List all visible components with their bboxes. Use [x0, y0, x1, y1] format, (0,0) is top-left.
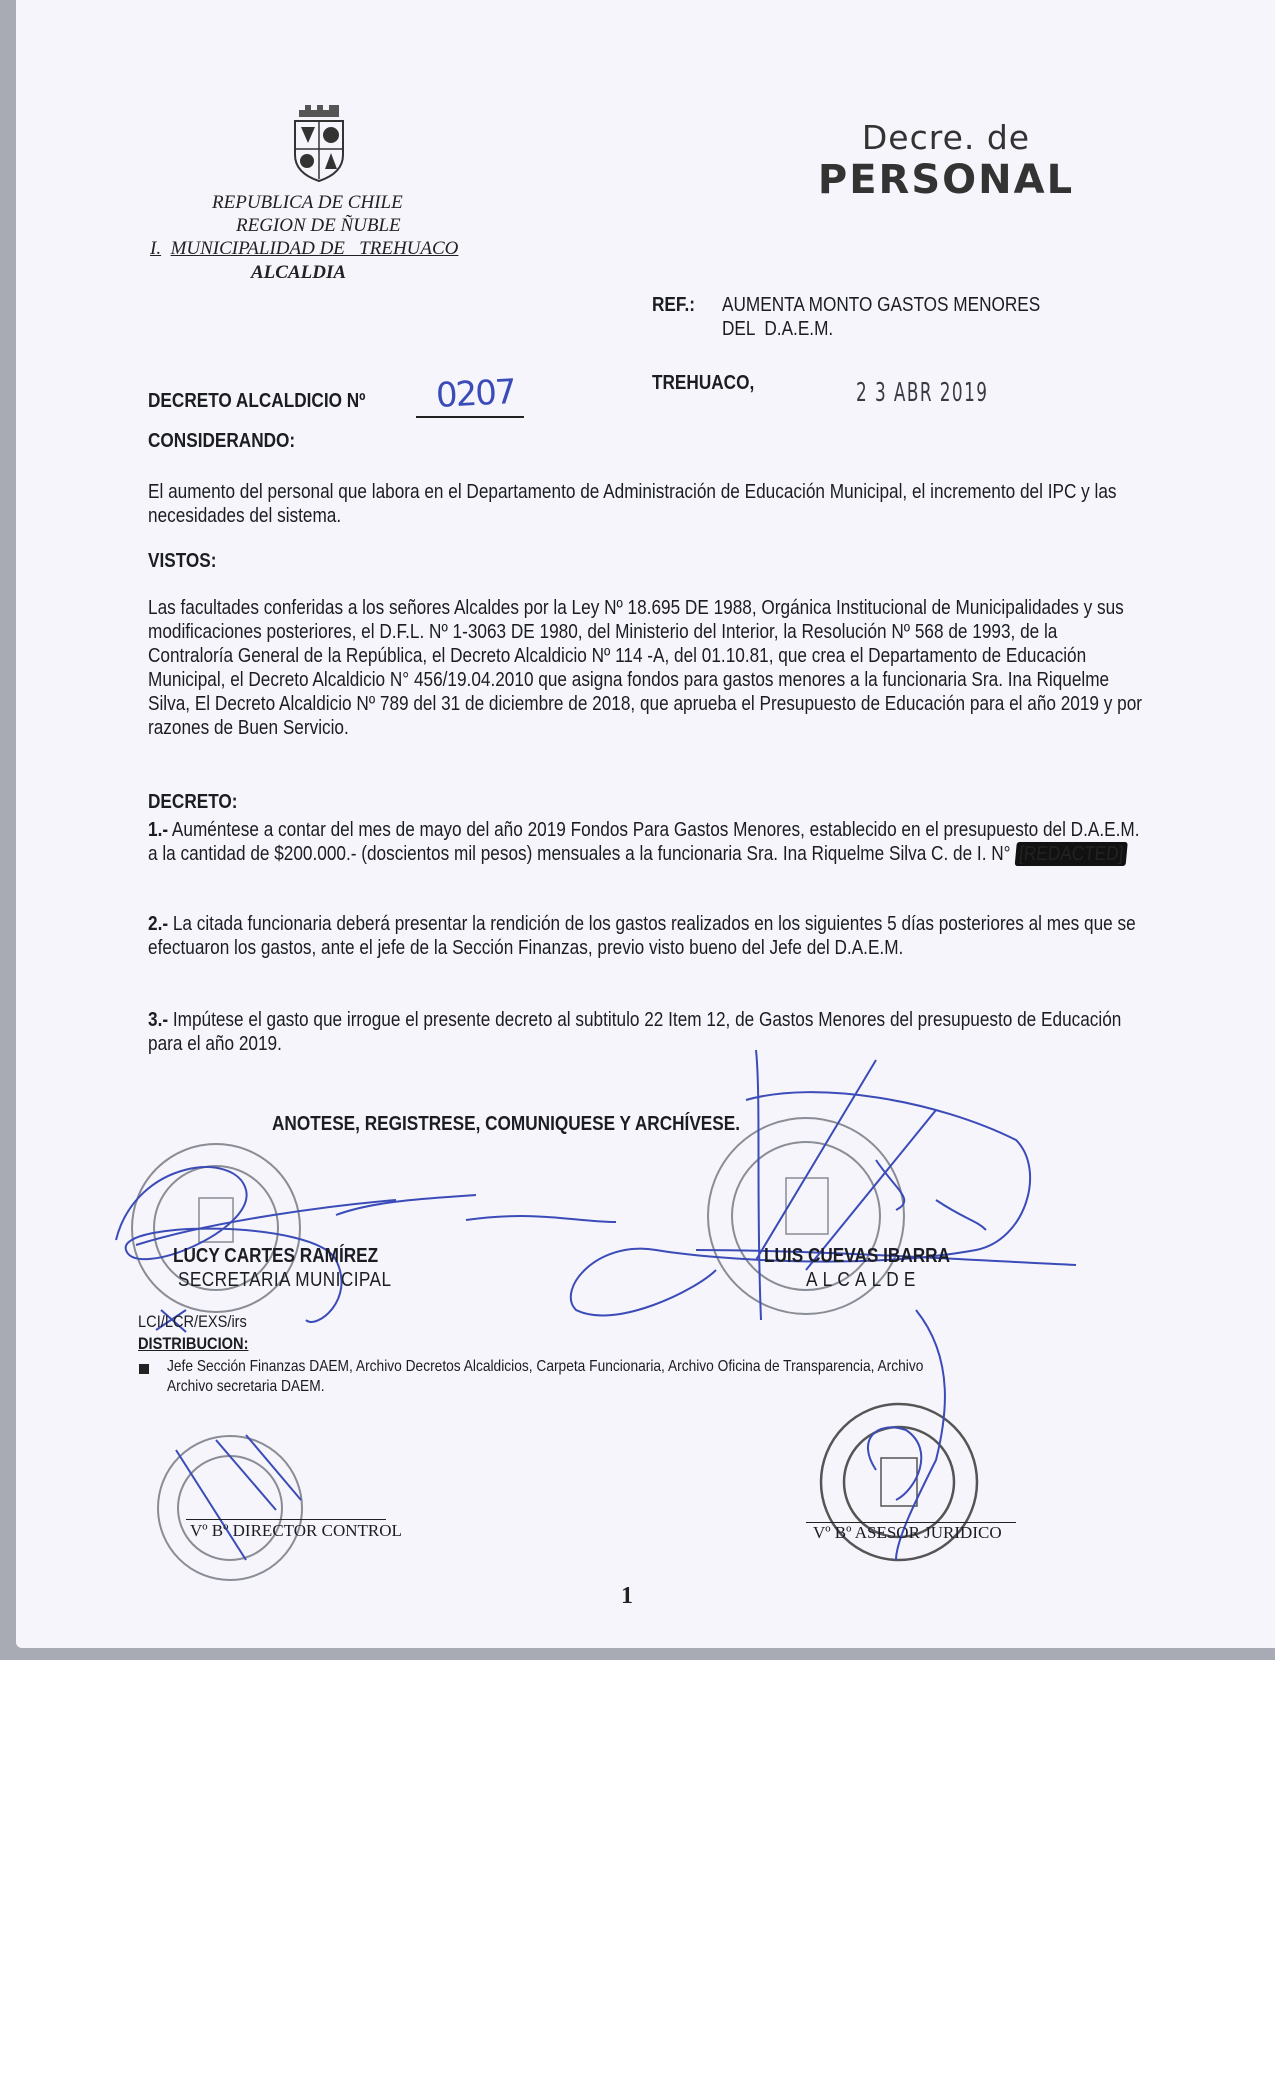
- ref-line-1: AUMENTA MONTO GASTOS MENORES: [722, 293, 1040, 317]
- header-municipality-name: MUNICIPALIDAD DE TREHUACO: [171, 238, 459, 259]
- decreto-heading: DECRETO:: [148, 790, 238, 814]
- item-number: 3.-: [148, 1009, 168, 1031]
- decree-number-label: DECRETO ALCALDICIO Nº: [148, 389, 365, 413]
- place-label: TREHUACO,: [652, 371, 754, 395]
- decree-number-underline: [416, 416, 524, 418]
- control-signature-line: [186, 1519, 386, 1520]
- header-region: REGION DE ÑUBLE: [236, 215, 401, 237]
- bullet-square-icon: [139, 1364, 149, 1374]
- secretary-role: SECRETARIA MUNICIPAL: [178, 1268, 391, 1292]
- distribution-line-2: Archivo secretaria DAEM.: [167, 1377, 1199, 1397]
- distribution-list: Jefe Sección Finanzas DAEM, Archivo Decr…: [167, 1357, 1199, 1397]
- item-text: Auméntese a contar del mes de mayo del a…: [148, 819, 1139, 865]
- vistos-text: Las facultades conferidas a los señores …: [148, 596, 1146, 740]
- considerando-heading: CONSIDERANDO:: [148, 429, 295, 453]
- document-page: REPUBLICA DE CHILE REGION DE ÑUBLE I. MU…: [16, 0, 1275, 1648]
- vistos-heading: VISTOS:: [148, 549, 217, 573]
- closing-formula: ANOTESE, REGISTRESE, COMUNIQUESE Y ARCHÍ…: [272, 1112, 740, 1136]
- decree-number-handwritten: 0207: [435, 372, 516, 416]
- stamp-personal-label: PERSONAL: [796, 157, 1096, 203]
- ref-line-2: DEL D.A.E.M.: [722, 317, 833, 341]
- item-number: 2.-: [148, 913, 168, 935]
- distribution-heading: DISTRIBUCION:: [138, 1332, 248, 1356]
- control-seal-icon: [158, 1436, 302, 1580]
- approval-control: Vº Bº DIRECTOR CONTROL: [190, 1521, 402, 1541]
- redacted-id: [REDACTED]: [1014, 842, 1127, 866]
- mayor-name: LUIS CUEVAS IBARRA: [764, 1244, 950, 1268]
- decreto-item-1: 1.- Auméntese a contar del mes de mayo d…: [148, 818, 1146, 866]
- stamp-decreto-label: Decre. de: [796, 118, 1096, 157]
- considerando-text: El aumento del personal que labora en el…: [148, 480, 1146, 528]
- header-prefix: I.: [150, 238, 161, 259]
- decreto-item-3: 3.- Impútese el gasto que irrogue el pre…: [148, 1008, 1146, 1056]
- item-number: 1.-: [148, 819, 168, 841]
- header-alcaldia: ALCALDIA: [251, 262, 346, 284]
- coat-of-arms-icon: [289, 103, 349, 183]
- header-municipality: I. MUNICIPALIDAD DE TREHUACO: [150, 238, 458, 260]
- ref-label: REF.:: [652, 293, 695, 317]
- header-republic: REPUBLICA DE CHILE: [212, 192, 403, 214]
- decreto-item-2: 2.- La citada funcionaria deberá present…: [148, 912, 1146, 960]
- approval-legal: Vº Bº ASESOR JURIDICO: [813, 1523, 1002, 1543]
- date-stamp: 2 3 ABR 2019: [856, 378, 988, 408]
- page-number: 1: [621, 1583, 633, 1610]
- secretary-name: LUCY CARTES RAMÍREZ: [173, 1244, 378, 1268]
- initials: LCI/LCR/EXS/irs: [138, 1310, 247, 1334]
- item-text: Impútese el gasto que irrogue el present…: [148, 1009, 1121, 1055]
- mayor-role: ALCALDE: [806, 1268, 921, 1292]
- distribution-line-1: Jefe Sección Finanzas DAEM, Archivo Decr…: [167, 1357, 1199, 1377]
- item-text: La citada funcionaria deberá presentar l…: [148, 913, 1136, 959]
